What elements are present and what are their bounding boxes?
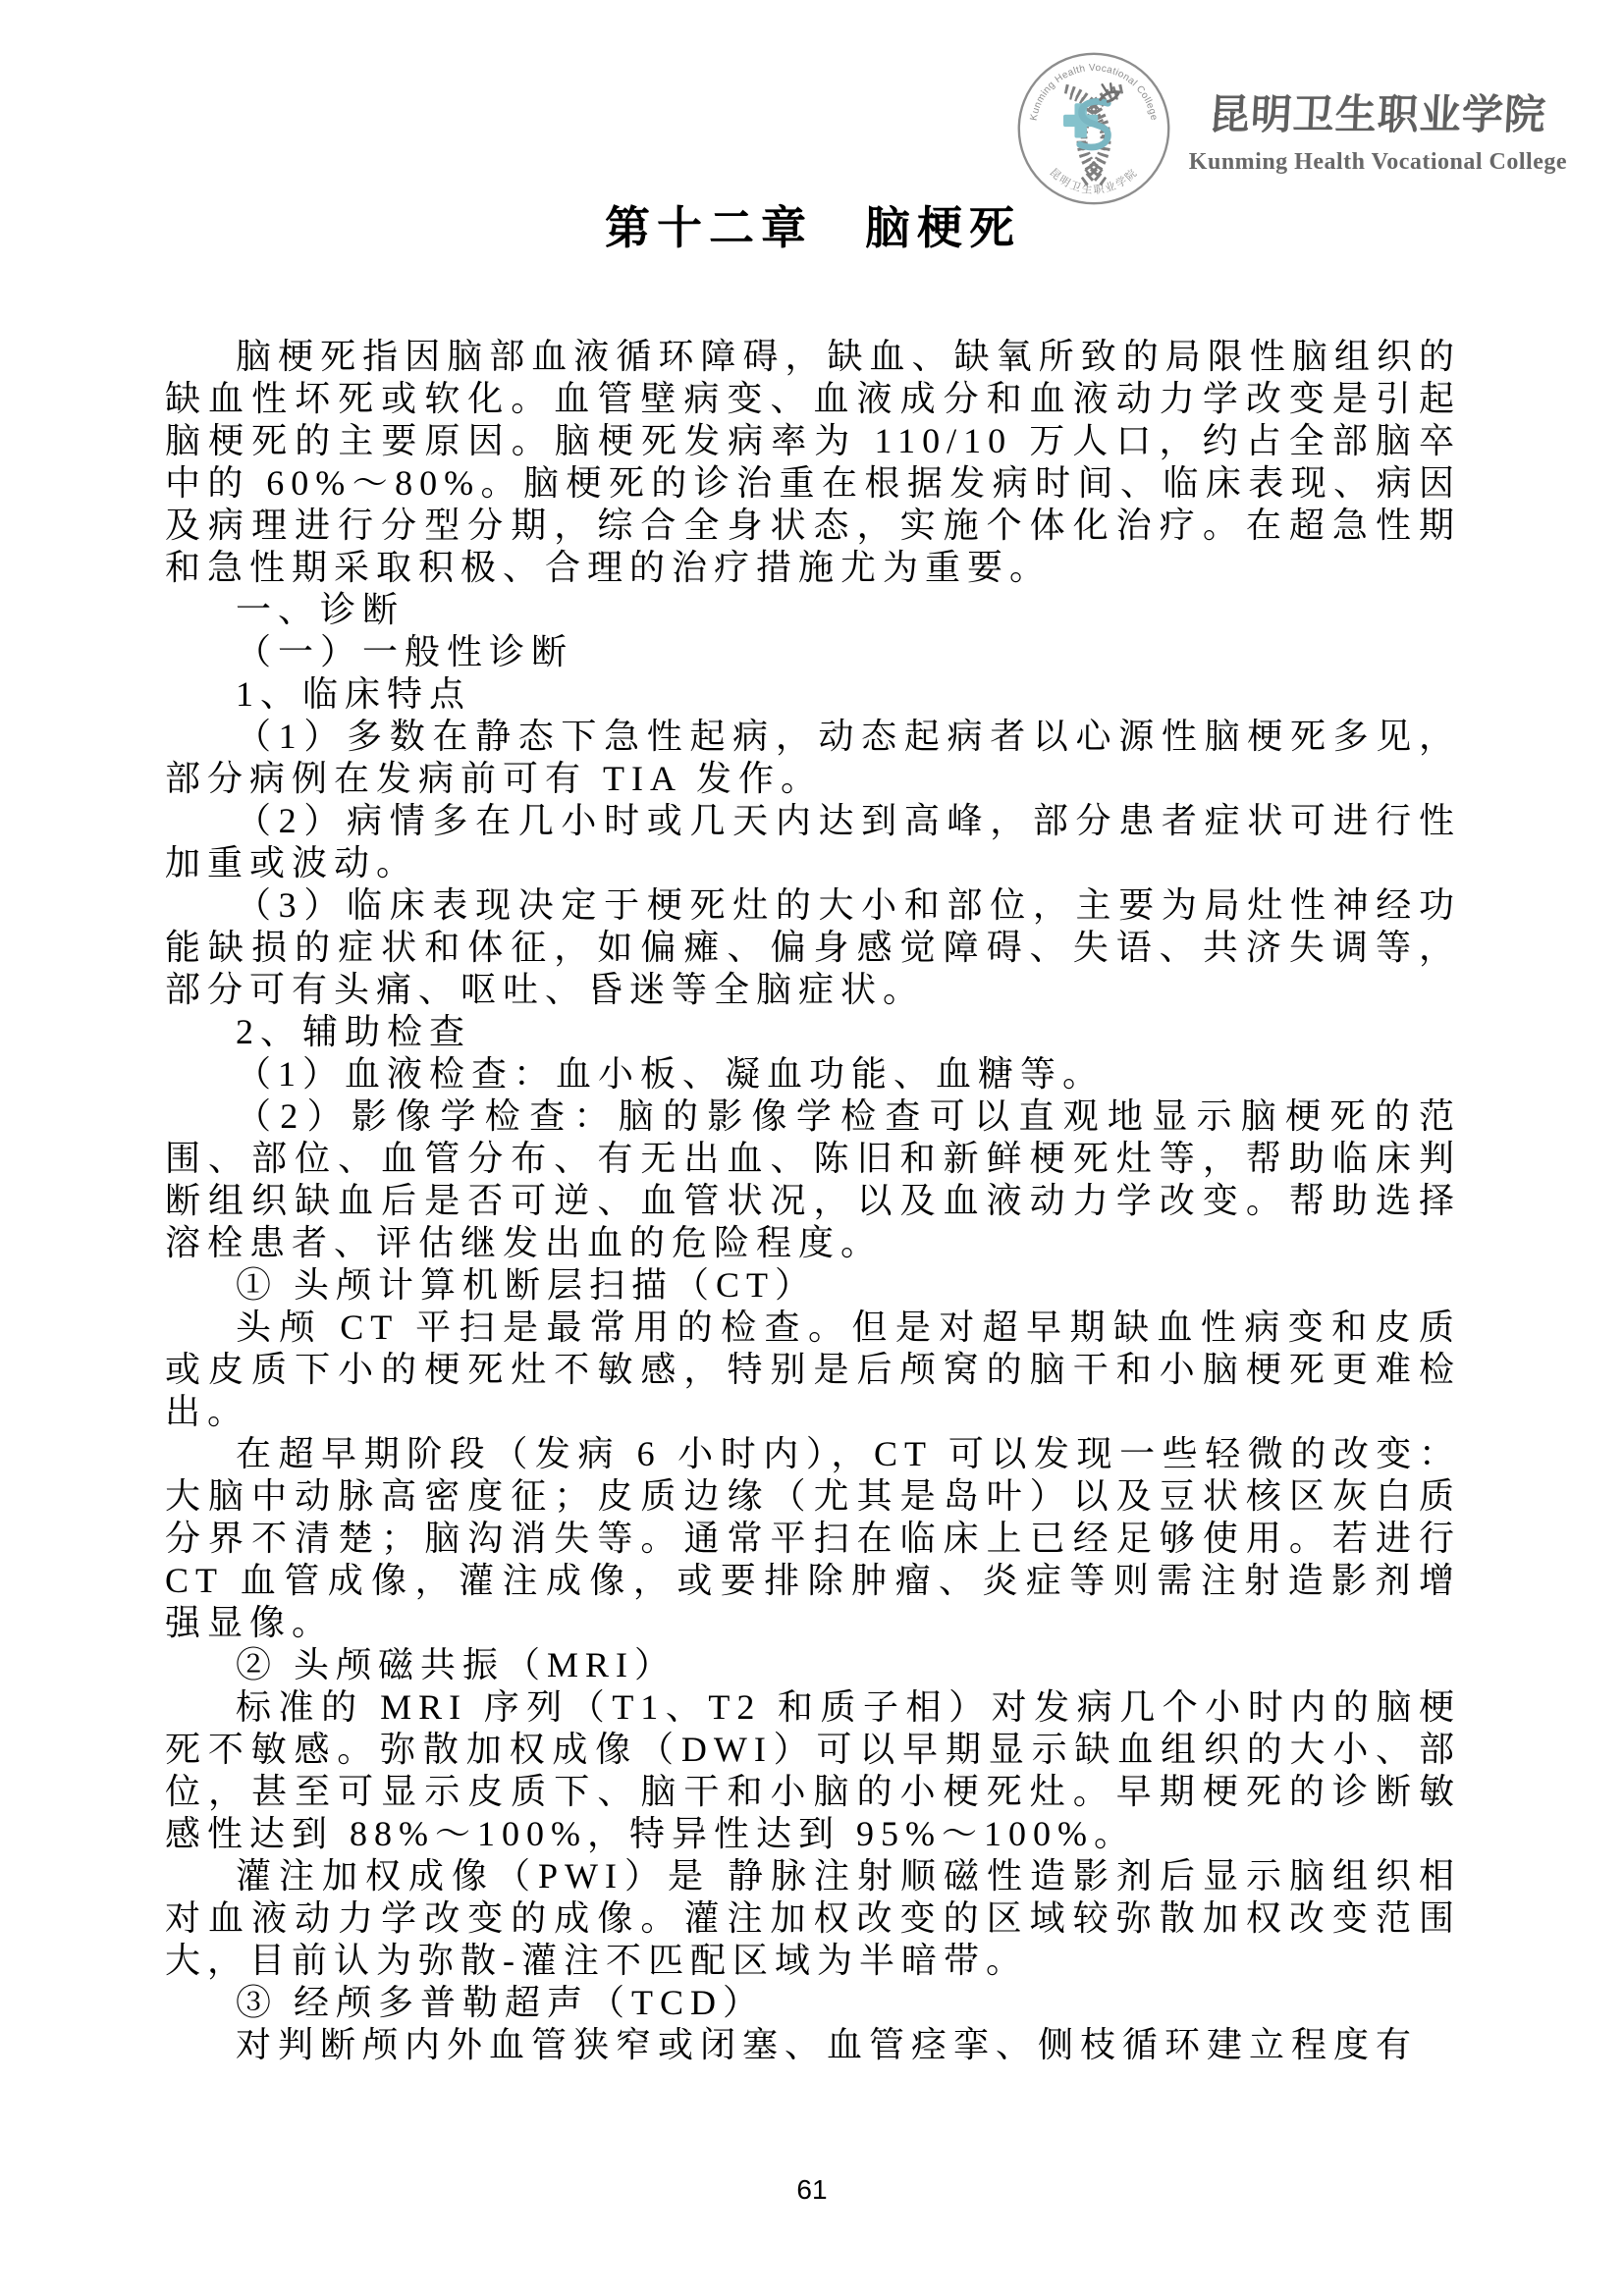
college-header: Kunming Health Vocational College 昆明卫生职业…	[1014, 49, 1567, 208]
paragraph: 1、临床特点	[165, 673, 1461, 716]
document-body: 第十二章 脑梗死 脑梗死指因脑部血液循环障碍，缺血、缺氧所致的局限性脑组织的缺血…	[165, 201, 1461, 2066]
college-seal-icon: Kunming Health Vocational College 昆明卫生职业…	[1014, 49, 1173, 208]
college-name-calligraphy: 昆明卫生职业学院	[1208, 82, 1548, 141]
paragraph: 在超早期阶段（发病 6 小时内），CT 可以发现一些轻微的改变：大脑中动脉高密度…	[165, 1433, 1461, 1644]
page-number: 61	[0, 2174, 1624, 2206]
paragraph: 一、诊断	[165, 589, 1461, 631]
paragraph: （1）血液检查：血小板、凝血功能、血糖等。	[165, 1053, 1461, 1095]
paragraph: （2）病情多在几小时或几天内达到高峰，部分患者症状可进行性加重或波动。	[165, 800, 1461, 884]
paragraph: 标准的 MRI 序列（T1、T2 和质子相）对发病几个小时内的脑梗死不敏感。弥散…	[165, 1686, 1461, 1855]
seal-ring	[1019, 54, 1168, 203]
paragraph: 2、辅助检查	[165, 1011, 1461, 1053]
paragraph: 头颅 CT 平扫是最常用的检查。但是对超早期缺血性病变和皮质或皮质下小的梗死灶不…	[165, 1307, 1461, 1433]
paragraph: （3）临床表现决定于梗死灶的大小和部位，主要为局灶性神经功能缺损的症状和体征，如…	[165, 884, 1461, 1011]
college-brand: 昆明卫生职业学院 Kunming Health Vocational Colle…	[1189, 82, 1567, 176]
paragraph: ① 头颅计算机断层扫描（CT）	[165, 1264, 1461, 1307]
paragraph: （一）一般性诊断	[165, 631, 1461, 673]
paragraph: （2）影像学检查：脑的影像学检查可以直观地显示脑梗死的范围、部位、血管分布、有无…	[165, 1095, 1461, 1264]
paragraph: 灌注加权成像（PWI）是 静脉注射顺磁性造影剂后显示脑组织相对血液动力学改变的成…	[165, 1855, 1461, 1982]
paragraph: ② 头颅磁共振（MRI）	[165, 1644, 1461, 1686]
body-text: 脑梗死指因脑部血液循环障碍，缺血、缺氧所致的局限性脑组织的缺血性坏死或软化。血管…	[165, 336, 1461, 2066]
chapter-title: 第十二章 脑梗死	[165, 201, 1461, 255]
paragraph: 脑梗死指因脑部血液循环障碍，缺血、缺氧所致的局限性脑组织的缺血性坏死或软化。血管…	[165, 336, 1461, 589]
paragraph: ③ 经颅多普勒超声（TCD）	[165, 1982, 1461, 2024]
paragraph: 对判断颅内外血管狭窄或闭塞、血管痉挛、侧枝循环建立程度有	[165, 2024, 1461, 2066]
college-name-english: Kunming Health Vocational College	[1189, 149, 1567, 176]
paragraph: （1）多数在静态下急性起病，动态起病者以心源性脑梗死多见，部分病例在发病前可有 …	[165, 716, 1461, 800]
document-page: Kunming Health Vocational College 昆明卫生职业…	[0, 0, 1624, 2296]
